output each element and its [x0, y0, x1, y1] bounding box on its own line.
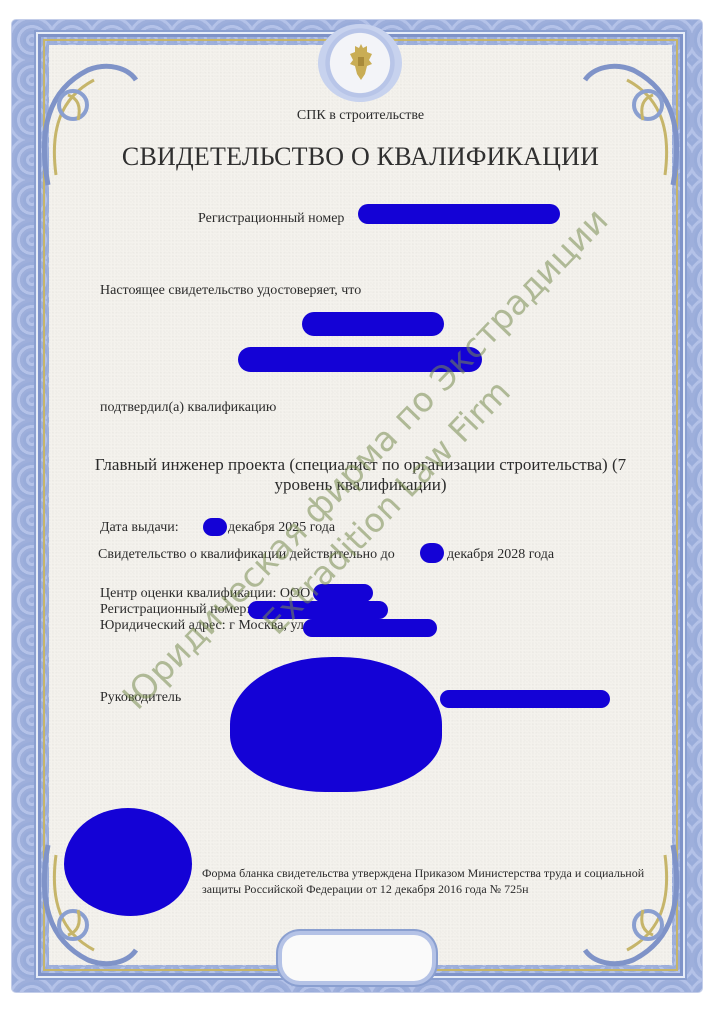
- redacted-signature: [230, 657, 442, 792]
- footnote-line2: защиты Российской Федерации от 12 декабр…: [202, 882, 529, 897]
- confirmed-qualification-text: подтвердил(а) квалификацию: [100, 400, 276, 416]
- valid-until-label: Свидетельство о квалификации действитель…: [98, 547, 395, 563]
- corner-ornament-icon: [583, 840, 693, 980]
- valid-until-month-year: декабря 2028 года: [447, 547, 554, 563]
- redacted-valid-day: [420, 543, 444, 563]
- redacted-head-name: [440, 690, 610, 708]
- bottom-cartouche: [282, 935, 432, 981]
- qualification-title-line2: уровень квалификации): [0, 475, 721, 495]
- head-label: Руководитель: [100, 690, 181, 706]
- redacted-organization-name: [313, 584, 373, 602]
- issue-date-month-year: декабря 2025 года: [228, 520, 335, 536]
- center-registration-label: Регистрационный номер:: [100, 602, 250, 618]
- redacted-registration-number: [358, 204, 560, 224]
- footnote-line1: Форма бланка свидетельства утверждена Пр…: [202, 866, 644, 881]
- redacted-seal: [64, 808, 192, 916]
- certifies-text: Настоящее свидетельство удостоверяет, чт…: [100, 283, 361, 299]
- registration-number-label: Регистрационный номер: [198, 211, 344, 227]
- double-headed-eagle-icon: [348, 40, 374, 84]
- assessment-center-label: Центр оценки квалификации: ООО: [100, 586, 310, 602]
- redacted-legal-address: [303, 619, 437, 637]
- redacted-holder-name-line1: [302, 312, 444, 336]
- coat-of-arms-emblem: [318, 24, 402, 102]
- qualification-title-line1: Главный инженер проекта (специалист по о…: [0, 455, 721, 475]
- redacted-holder-name-line2: [238, 347, 482, 372]
- legal-address-label: Юридический адрес: г Москва, ул: [100, 618, 304, 634]
- certificate-title: СВИДЕТЕЛЬСТВО О КВАЛИФИКАЦИИ: [0, 142, 721, 172]
- redacted-center-registration: [248, 601, 388, 619]
- issue-date-label: Дата выдачи:: [100, 520, 179, 536]
- redacted-issue-day: [203, 518, 227, 536]
- issuer-line: СПК в строительстве: [0, 108, 721, 124]
